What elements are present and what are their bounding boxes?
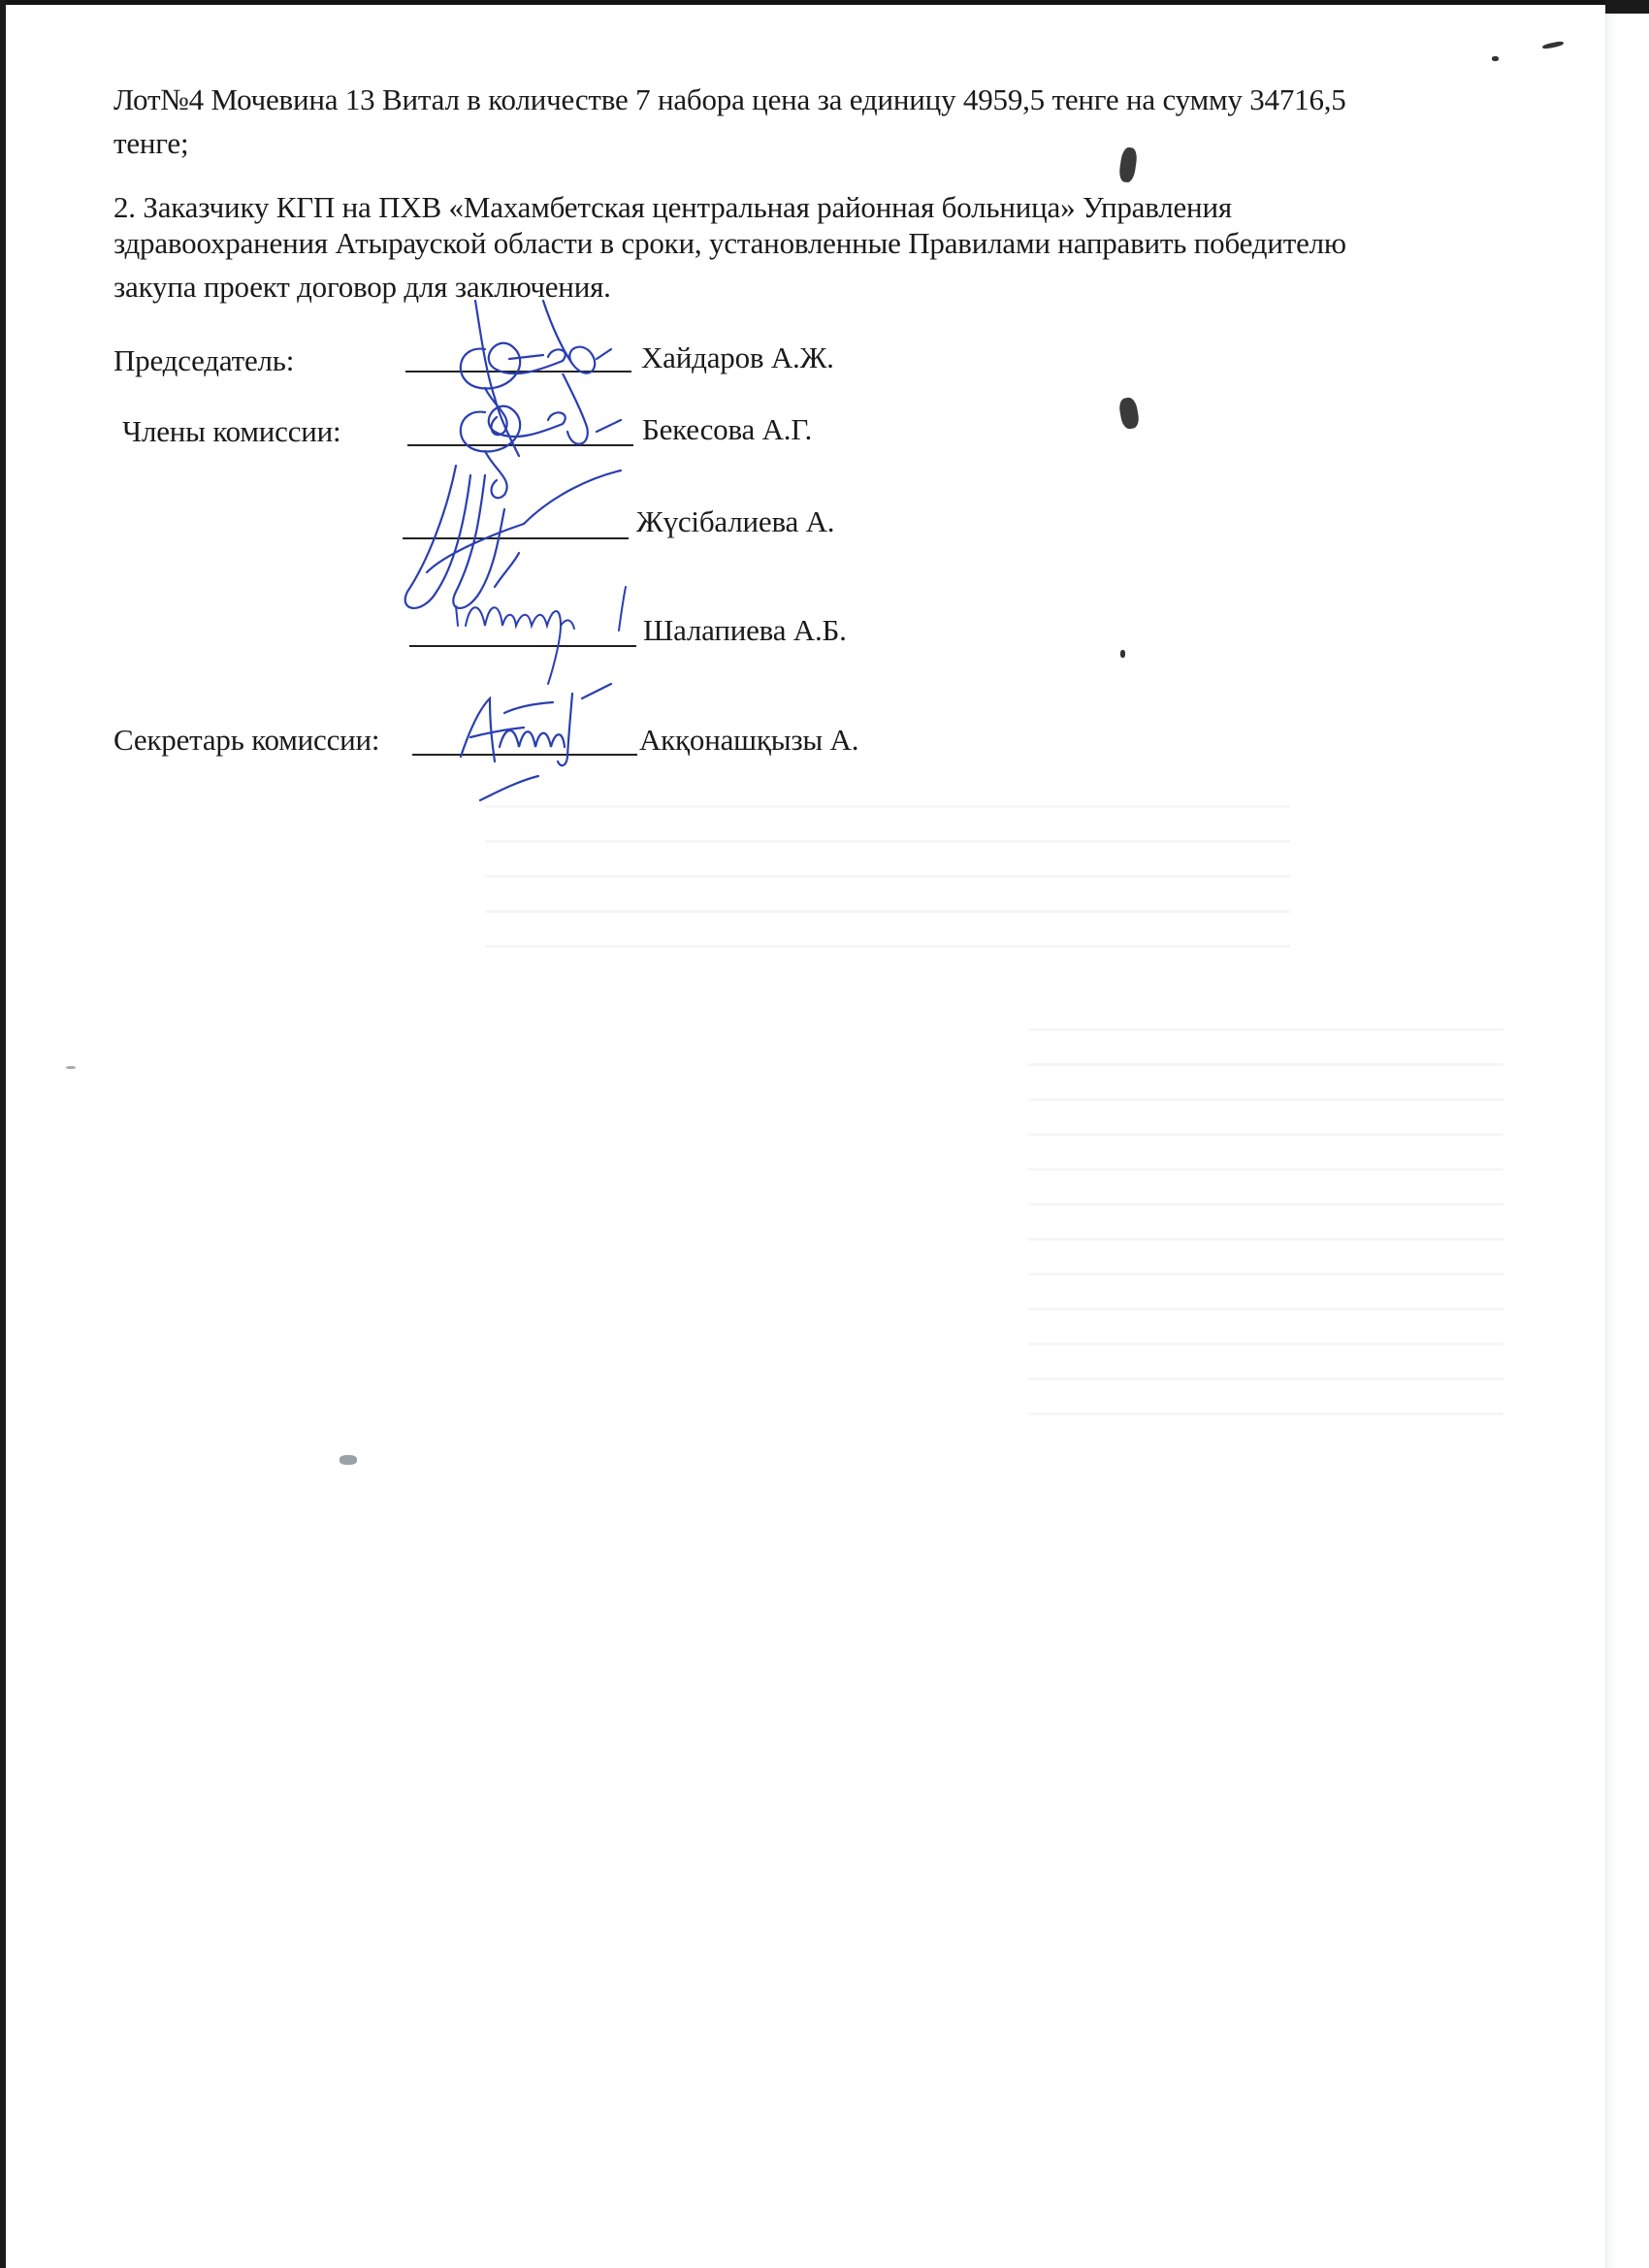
member-1-name: Бекесова А.Г. [642, 411, 812, 448]
toner-mark [1120, 650, 1125, 658]
scan-edge-right [1605, 0, 1649, 2268]
toner-mark [1118, 146, 1139, 183]
toner-mark [1117, 397, 1140, 431]
scan-edge-right-top [1605, 0, 1649, 14]
members-label: Члены комиссии: [122, 413, 340, 450]
member-2-name: Жүсібалиева А. [636, 503, 834, 540]
bleed-through-area [485, 805, 1290, 951]
lot-line-1: Лот№4 Мочевина 13 Витал в количестве 7 н… [113, 81, 1346, 118]
chairman-label: Председатель: [113, 342, 294, 379]
scan-edge-top [0, 0, 1649, 5]
toner-mark [1492, 56, 1499, 61]
scan-edge-left [0, 0, 6, 2268]
paragraph-2-line-2: здравоохранения Атырауской области в сро… [113, 225, 1346, 262]
toner-mark [339, 1455, 357, 1465]
lot-line-2: тенге; [113, 125, 188, 162]
toner-mark [1542, 41, 1565, 49]
member-3-name: Шалапиева А.Б. [643, 612, 847, 649]
member-3-signature [446, 582, 660, 689]
secretary-signature [446, 679, 669, 815]
toner-mark [66, 1066, 76, 1069]
paragraph-2-line-1: 2. Заказчику КГП на ПХВ «Махамбетская це… [113, 189, 1232, 226]
bleed-through-area [1028, 1028, 1503, 1416]
chairman-name: Хайдаров А.Ж. [641, 340, 834, 376]
secretary-label: Секретарь комиссии: [113, 722, 379, 759]
secretary-name: Акқонашқызы А. [639, 722, 858, 759]
